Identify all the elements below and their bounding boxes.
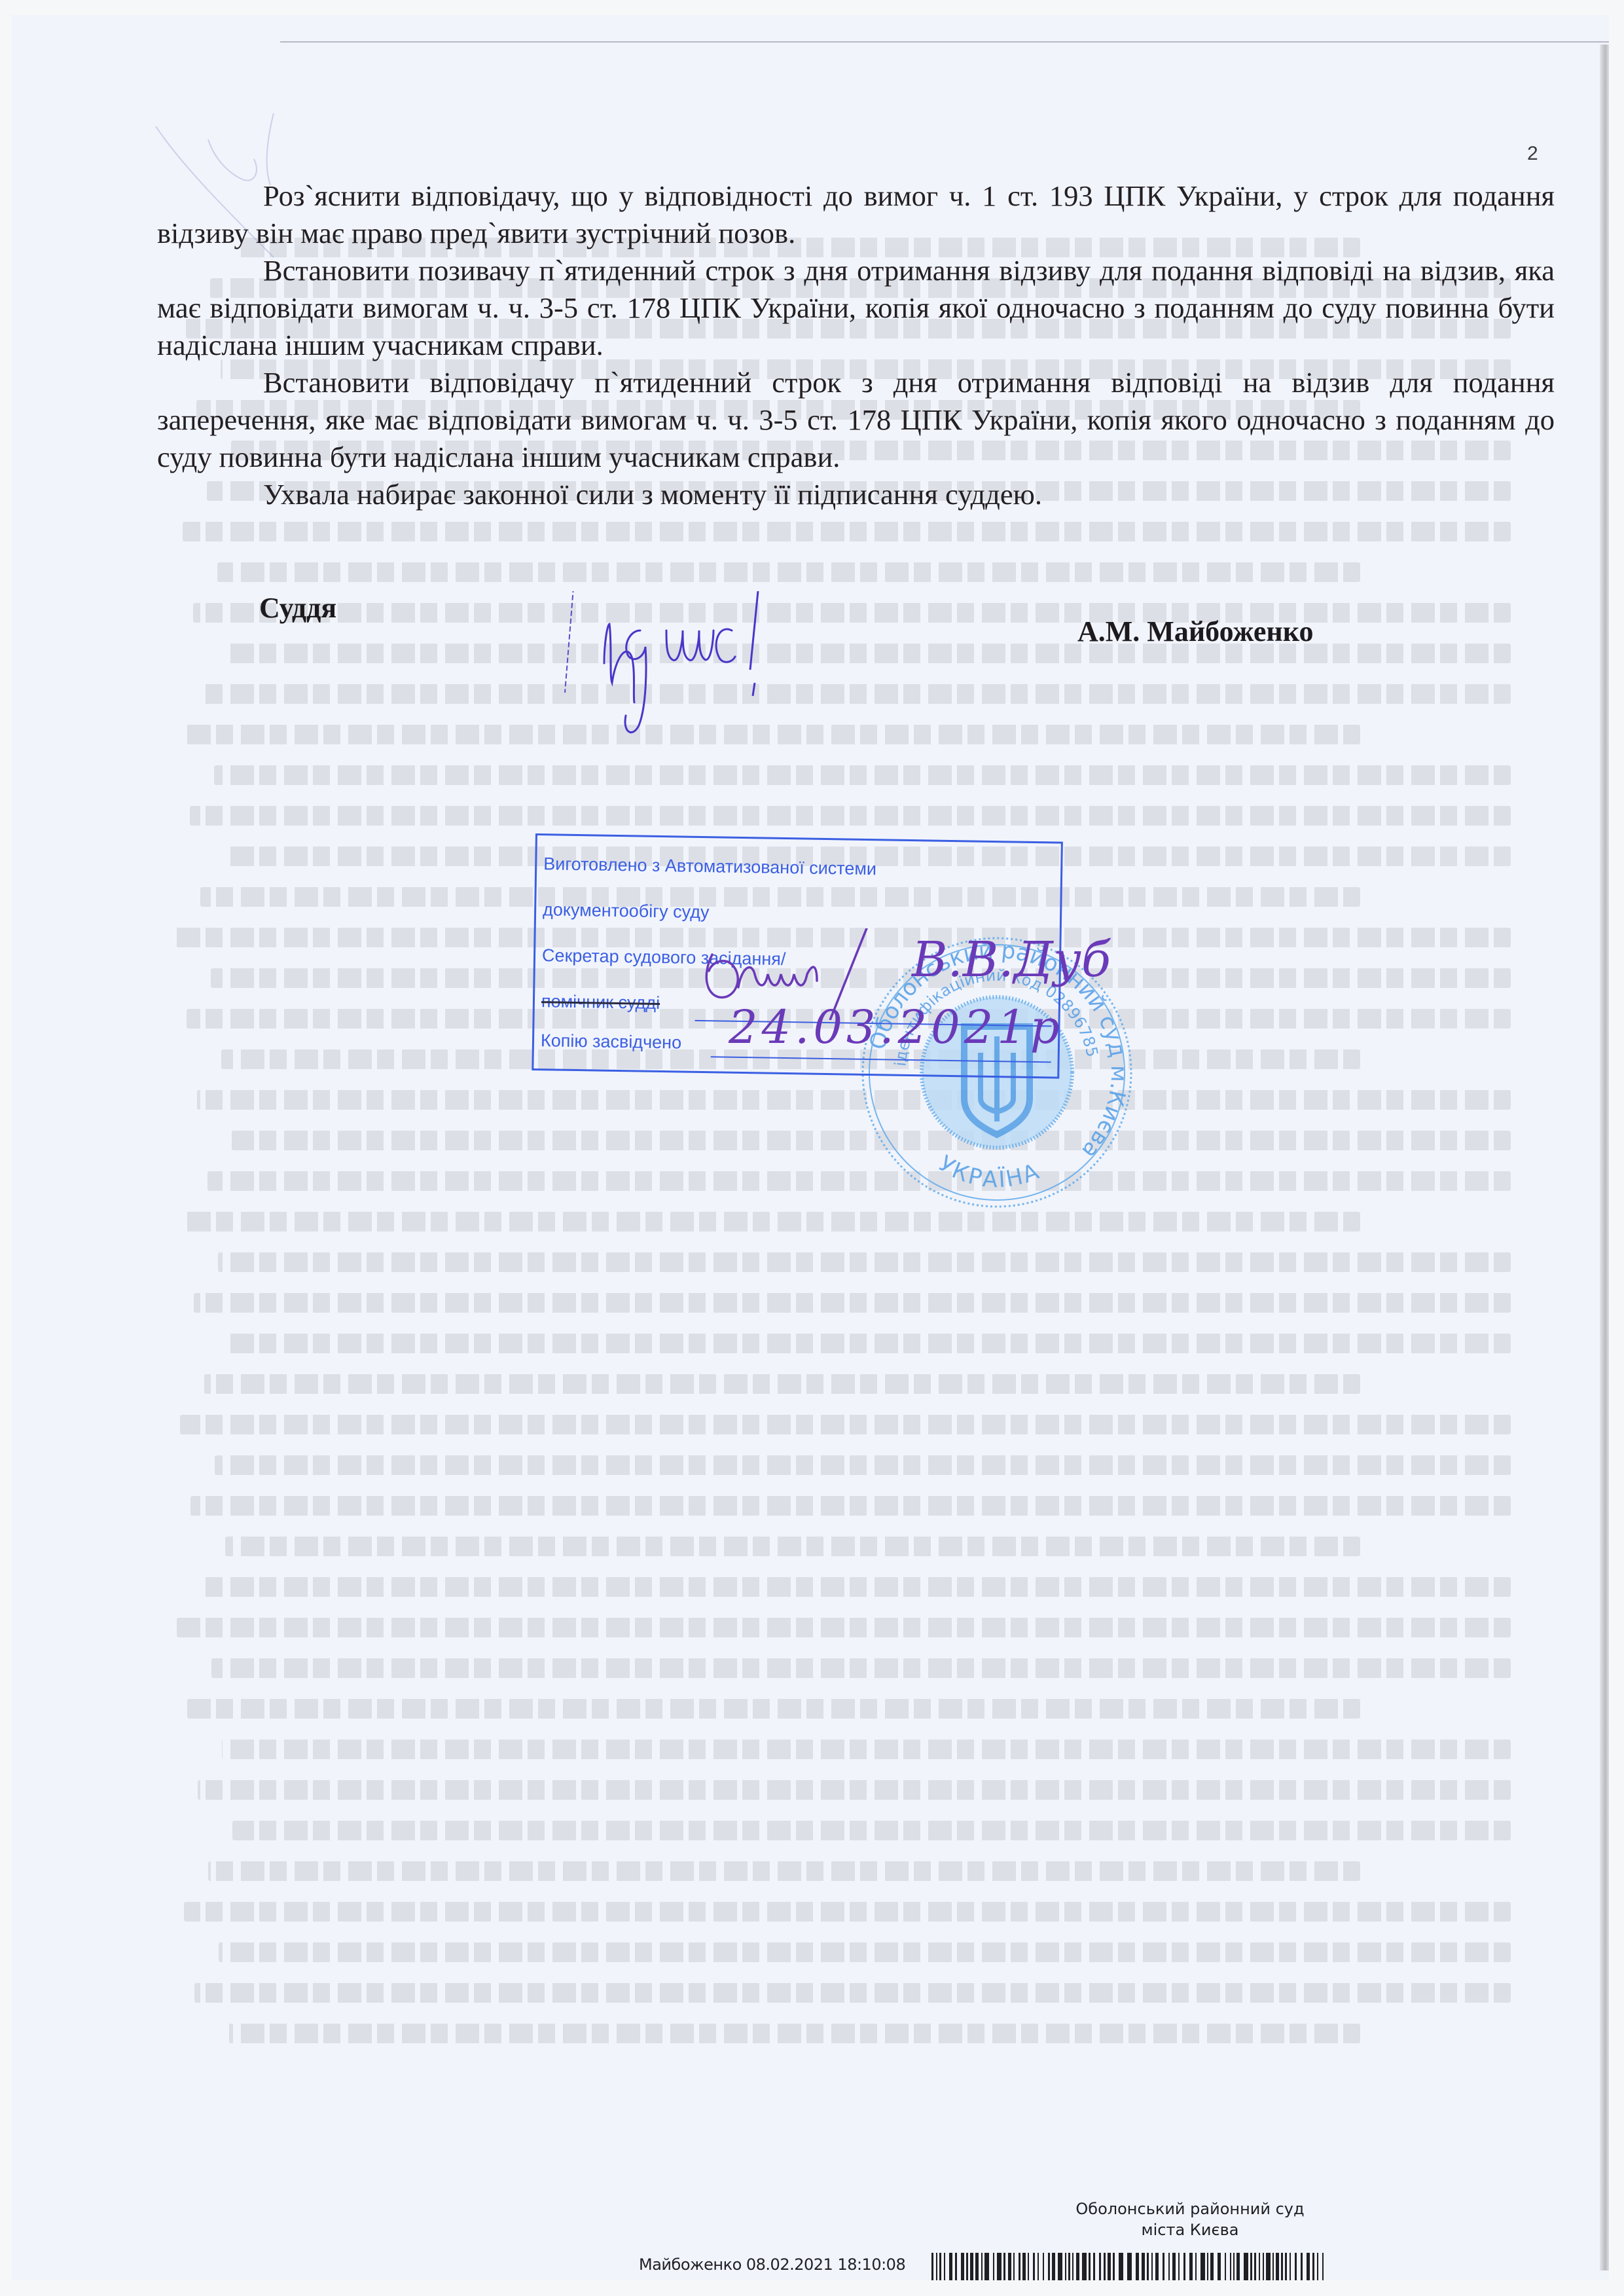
cert-line-assistant-struck: помічник судді (541, 991, 660, 1013)
paragraph-effective: Ухвала набирає законної сили з моменту ї… (157, 476, 1555, 513)
cert-line-system: Виготовлено з Автоматизованої системи (543, 854, 876, 879)
handwritten-signature (12, 591, 1609, 735)
page-top-edge (280, 41, 1609, 43)
seal-bottom-text: УКРАЇНА (934, 1150, 1044, 1193)
page-right-edge (1600, 45, 1609, 2270)
certification-handwritten-date: 24.03.2021р (729, 1000, 1064, 1054)
paragraph-plaintiff-response: Встановити позивачу п`ятиденний строк з … (157, 252, 1555, 364)
footer-signed-by: Майбоженко 08.02.2021 18:10:08 (639, 2255, 905, 2274)
cert-line-docflow: документообігу суду (543, 900, 710, 922)
document-body: Роз`яснити відповідачу, що у відповіднос… (157, 177, 1555, 513)
paragraph-counterclaim: Роз`яснити відповідачу, що у відповіднос… (157, 177, 1555, 252)
secretary-handwritten-name: В.В.Дуб (912, 932, 1111, 988)
judge-name: А.М. Майбоженко (1077, 615, 1314, 648)
signature-block: Суддя А.М. Майбоженко (12, 591, 1609, 722)
cert-line-certified: Копію засвідчено (541, 1030, 682, 1053)
svg-text:УКРАЇНА: УКРАЇНА (934, 1150, 1044, 1193)
document-barcode (931, 2253, 1331, 2280)
footer-court-line1: Оболонський районний суд (1053, 2198, 1327, 2219)
document-page: 2 Роз`яснити відповідачу, що у відповідн… (12, 15, 1609, 2280)
footer-court-line2: міста Києва (1053, 2219, 1327, 2240)
page-number: 2 (1527, 143, 1538, 165)
footer-court-name: Оболонський районний суд міста Києва (1053, 2198, 1327, 2240)
paragraph-defendant-objection: Встановити відповідачу п`ятиденний строк… (157, 364, 1555, 476)
cert-date-rule (711, 1056, 1051, 1063)
